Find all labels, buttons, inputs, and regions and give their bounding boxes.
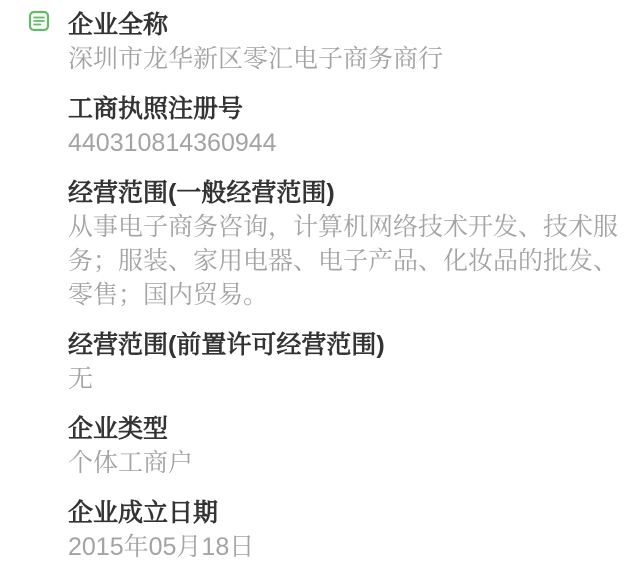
- field-label-license-number: 工商执照注册号: [68, 92, 582, 126]
- field-value-business-scope-general: 从事电子商务咨询，计算机网络技术开发、技术服 务；服装、家用电器、电子产品、化妆…: [68, 210, 582, 312]
- field-value-company-type: 个体工商户: [68, 446, 582, 480]
- field-label-business-scope-licensed: 经营范围(前置许可经营范围): [68, 328, 582, 362]
- document-list-icon: [28, 10, 50, 32]
- field-value-founding-date: 2015年05月18日: [68, 530, 582, 564]
- scope-line-2: 务；服装、家用电器、电子产品、化妆品的批发、: [68, 244, 582, 278]
- field-label-founding-date: 企业成立日期: [68, 496, 582, 530]
- scope-line-3: 零售；国内贸易。: [68, 278, 582, 312]
- field-label-business-scope-general: 经营范围(一般经营范围): [68, 176, 582, 210]
- field-founding-date: 企业成立日期 2015年05月18日: [68, 496, 582, 564]
- field-company-type: 企业类型 个体工商户: [68, 412, 582, 480]
- field-label-company-full-name: 企业全称: [68, 8, 582, 42]
- field-business-scope-general: 经营范围(一般经营范围) 从事电子商务咨询，计算机网络技术开发、技术服 务；服装…: [68, 176, 582, 312]
- field-value-license-number: 440310814360944: [68, 126, 582, 160]
- field-company-full-name: 企业全称 深圳市龙华新区零汇电子商务商行: [68, 8, 582, 76]
- business-info-card: 企业全称 深圳市龙华新区零汇电子商务商行 工商执照注册号 44031081436…: [0, 0, 640, 572]
- field-value-business-scope-licensed: 无: [68, 362, 582, 396]
- field-value-company-full-name: 深圳市龙华新区零汇电子商务商行: [68, 42, 582, 76]
- scope-line-1: 从事电子商务咨询，计算机网络技术开发、技术服: [68, 210, 582, 244]
- field-label-company-type: 企业类型: [68, 412, 582, 446]
- field-license-number: 工商执照注册号 440310814360944: [68, 92, 582, 160]
- field-business-scope-licensed: 经营范围(前置许可经营范围) 无: [68, 328, 582, 396]
